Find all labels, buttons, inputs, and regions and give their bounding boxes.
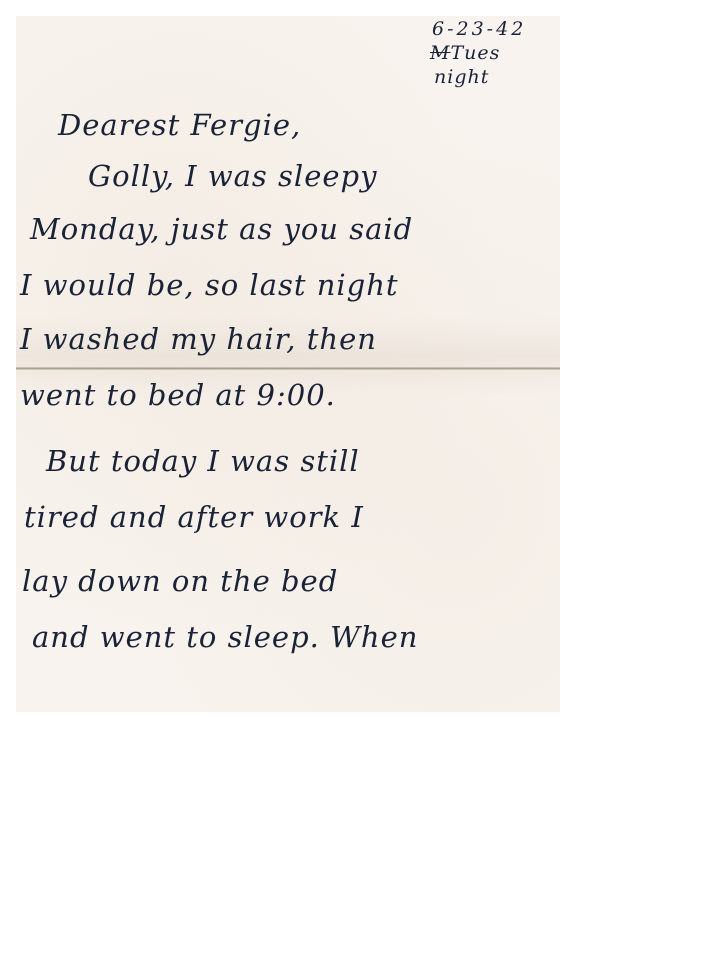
letter-time-of-day: night [434, 66, 489, 88]
letter-day: MTues [430, 42, 500, 64]
letter-line: I would be, so last night [20, 268, 399, 302]
letter-line: I washed my hair, then [20, 322, 377, 356]
crossed-out-text: M [430, 42, 450, 64]
letter-line: went to bed at 9:00. [20, 378, 336, 412]
letter-line: Golly, I was sleepy [88, 159, 377, 193]
fold-crease [16, 367, 560, 370]
letter-line: But today I was still [46, 444, 360, 478]
letter-line: lay down on the bed [22, 564, 338, 598]
letter-line: tired and after work I [24, 500, 364, 534]
letter-line: and went to sleep. When [32, 620, 418, 654]
letter-line: Monday, just as you said [30, 212, 413, 246]
letter-date: 6-23-42 [432, 18, 526, 40]
salutation: Dearest Fergie, [58, 108, 301, 142]
letter-page: 6-23-42 MTues night Dearest Fergie, Goll… [16, 16, 560, 712]
day-text: Tues [450, 42, 500, 64]
